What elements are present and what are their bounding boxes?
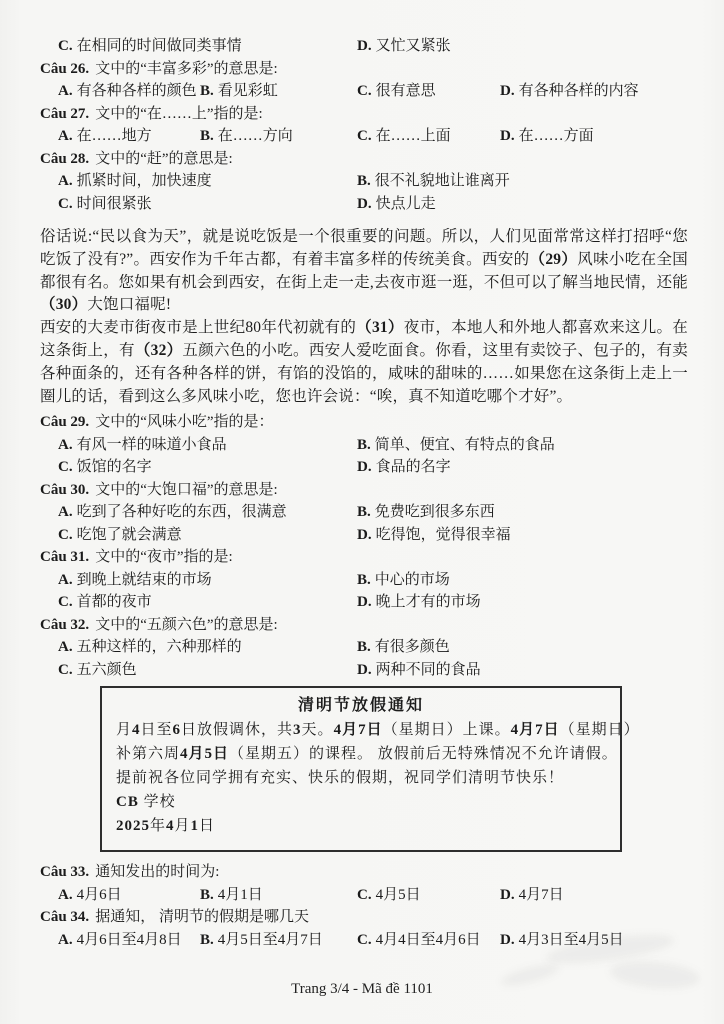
option-letter: C. [58, 662, 73, 678]
option-A: A.4月6日至4月8日 [58, 928, 182, 949]
option-text: 有风一样的味道小食品 [77, 437, 227, 453]
option-text: 4月5日至4月7日 [218, 932, 323, 948]
option-letter: C. [357, 128, 372, 144]
text-segment: 月 [175, 818, 191, 834]
option-letter: A. [58, 437, 73, 453]
text-segment: （星期日）上课。 [383, 722, 511, 738]
option-text: 吃饱了就会满意 [77, 527, 182, 543]
option-letter: B. [200, 128, 214, 144]
options-row: A.抓紧时间，加快速度B.很不礼貌地让谁离开 [40, 169, 688, 192]
option-A: A.五种这样的，六种那样的 [58, 635, 242, 656]
question-heading: Câu 29.文中的“风味小吃”指的是： [40, 410, 688, 433]
text-segment: 提前祝各位同学拥有充实、快乐的假期，祝同学们清明节快乐！ [116, 770, 564, 786]
option-C: C.五六颜色 [58, 658, 137, 679]
option-D: D.晚上才有的市场 [357, 590, 481, 611]
option-D: D.4月7日 [500, 883, 564, 904]
question-text: 文中的“在……上”指的是: [95, 106, 262, 122]
notice-line: 提前祝各位同学拥有充实、快乐的假期，祝同学们清明节快乐！ [116, 766, 606, 790]
question-number: Câu 29. [40, 414, 89, 430]
option-letter: D. [357, 594, 372, 610]
option-letter: B. [200, 932, 214, 948]
blank-number: 4月5日 [180, 746, 229, 762]
option-text: 又忙又紧张 [376, 38, 451, 54]
question-heading: Câu 28.文中的“赶”的意思是: [40, 147, 688, 170]
question-number: Câu 32. [40, 617, 89, 633]
option-text: 快点儿走 [376, 196, 436, 212]
option-letter: C. [58, 594, 73, 610]
exam-content: C.在相同的时间做同类事情D.又忙又紧张Câu 26.文中的“丰富多彩”的意思是… [40, 34, 688, 950]
question-number: Câu 31. [40, 549, 89, 565]
option-text: 在……上面 [376, 128, 451, 144]
option-text: 吃得饱，觉得很幸福 [376, 527, 511, 543]
option-text: 在……方向 [218, 128, 293, 144]
text-segment: 大饱口福呢! [87, 296, 171, 313]
blank-number: （32） [135, 342, 183, 359]
option-text: 在……地方 [77, 128, 152, 144]
question-heading: Câu 30.文中的“大饱口福”的意思是: [40, 478, 688, 501]
option-text: 简单、便宜、有特点的食品 [375, 437, 555, 453]
option-text: 4月7日 [519, 887, 564, 903]
option-letter: A. [58, 83, 73, 99]
option-text: 到晚上就结束的市场 [77, 572, 212, 588]
option-text: 4月6日至4月8日 [77, 932, 182, 948]
option-letter: B. [357, 173, 371, 189]
option-B: B.在……方向 [200, 124, 293, 145]
option-letter: B. [357, 437, 371, 453]
question-text: 文中的“大饱口福”的意思是: [95, 482, 277, 498]
question-number: Câu 26. [40, 61, 89, 77]
option-B: B.简单、便宜、有特点的食品 [357, 433, 555, 454]
question-text: 文中的“赶”的意思是: [95, 151, 232, 167]
option-letter: D. [500, 128, 515, 144]
option-letter: D. [357, 196, 372, 212]
question-text: 据通知， 清明节的假期是哪几天 [95, 909, 309, 925]
option-B: B.有很多颜色 [357, 635, 450, 656]
options-row: C.吃饱了就会满意D.吃得饱，觉得很幸福 [40, 523, 688, 546]
option-C: C.首都的夜市 [58, 590, 152, 611]
option-D: D.又忙又紧张 [357, 34, 451, 55]
option-D: D.食品的名字 [357, 455, 451, 476]
option-text: 饭馆的名字 [77, 459, 152, 475]
option-letter: A. [58, 128, 73, 144]
option-letter: B. [200, 83, 214, 99]
option-letter: A. [58, 572, 73, 588]
option-text: 有很多颜色 [375, 639, 450, 655]
option-letter: D. [500, 83, 515, 99]
option-letter: D. [357, 459, 372, 475]
question-number: Câu 34. [40, 909, 89, 925]
option-B: B.免费吃到很多东西 [357, 500, 495, 521]
options-row: A.有风一样的味道小食品B.简单、便宜、有特点的食品 [40, 433, 688, 456]
blank-number: 6 [173, 722, 182, 738]
option-D: D.快点儿走 [357, 192, 436, 213]
text-segment: 日放假调休，共 [181, 722, 293, 738]
text-segment: 天。 [302, 722, 334, 738]
option-text: 4月6日 [77, 887, 122, 903]
text-segment: 补第六周 [116, 746, 180, 762]
blank-number: 3 [293, 722, 302, 738]
option-letter: A. [58, 887, 73, 903]
option-letter: C. [357, 887, 372, 903]
options-row: A.吃到了各种好吃的东西，很满意B.免费吃到很多东西 [40, 500, 688, 523]
notice-line: 2025年4月1日 [116, 814, 606, 838]
option-text: 两种不同的食品 [376, 662, 481, 678]
option-letter: D. [357, 38, 372, 54]
option-C: C.4月5日 [357, 883, 421, 904]
option-text: 五六颜色 [77, 662, 137, 678]
option-C: C.4月4日至4月6日 [357, 928, 481, 949]
option-letter: C. [58, 196, 73, 212]
options-row: C.饭馆的名字D.食品的名字 [40, 455, 688, 478]
option-text: 首都的夜市 [77, 594, 152, 610]
question-heading: Câu 31.文中的“夜市”指的是: [40, 545, 688, 568]
option-D: D.有各种各样的内容 [500, 79, 639, 100]
option-D: D.吃得饱，觉得很幸福 [357, 523, 511, 544]
option-A: A.到晚上就结束的市场 [58, 568, 212, 589]
options-row: C.在相同的时间做同类事情D.又忙又紧张 [40, 34, 688, 57]
question-text: 文中的“丰富多彩”的意思是: [95, 61, 277, 77]
option-text: 在……方面 [519, 128, 594, 144]
question-number: Câu 30. [40, 482, 89, 498]
question-heading: Câu 26.文中的“丰富多彩”的意思是: [40, 57, 688, 80]
option-letter: A. [58, 504, 73, 520]
text-segment: 学校 [139, 794, 176, 810]
text-segment: 日至 [141, 722, 173, 738]
option-text: 在相同的时间做同类事情 [77, 38, 242, 54]
option-letter: C. [357, 932, 372, 948]
option-D: D.在……方面 [500, 124, 594, 145]
question-number: Câu 33. [40, 864, 89, 880]
option-text: 4月4日至4月6日 [376, 932, 481, 948]
notice-line: 月4日至6日放假调休，共3天。4月7日（星期日）上课。4月7日（星期日） [116, 718, 606, 742]
passage-paragraph: 西安的大麦市街夜市是上世纪80年代初就有的（31）夜市，本地人和外地人都喜欢来这… [40, 317, 688, 408]
option-C: C.在相同的时间做同类事情 [58, 34, 242, 55]
blank-number: （30） [40, 296, 87, 313]
blank-number: 4月7日 [511, 722, 560, 738]
option-letter: A. [58, 932, 73, 948]
blank-number: 1 [191, 818, 200, 834]
option-letter: B. [357, 504, 371, 520]
options-row: A.在……地方B.在……方向C.在……上面D.在……方面 [40, 124, 688, 147]
blank-number: 2025 [116, 818, 150, 834]
question-number: Câu 28. [40, 151, 89, 167]
options-row: A.到晚上就结束的市场B.中心的市场 [40, 568, 688, 591]
text-segment: （星期日） [560, 722, 640, 738]
option-text: 很有意思 [376, 83, 436, 99]
option-text: 免费吃到很多东西 [375, 504, 495, 520]
option-text: 有各种各样的内容 [519, 83, 639, 99]
option-text: 吃到了各种好吃的东西，很满意 [77, 504, 287, 520]
option-B: B.4月5日至4月7日 [200, 928, 323, 949]
options-row: C.五六颜色D.两种不同的食品 [40, 658, 688, 681]
option-C: C.时间很紧张 [58, 192, 152, 213]
option-text: 五种这样的，六种那样的 [77, 639, 242, 655]
option-text: 时间很紧张 [77, 196, 152, 212]
option-letter: C. [58, 527, 73, 543]
option-letter: D. [357, 662, 372, 678]
option-letter: D. [500, 932, 515, 948]
option-B: B.4月1日 [200, 883, 263, 904]
question-number: Câu 27. [40, 106, 89, 122]
option-A: A.有各种各样的颜色 [58, 79, 197, 100]
option-text: 晚上才有的市场 [376, 594, 481, 610]
page-footer: Trang 3/4 - Mã đề 1101 [0, 981, 724, 998]
option-B: B.中心的市场 [357, 568, 450, 589]
text-segment: 日 [199, 818, 215, 834]
question-heading: Câu 27.文中的“在……上”指的是: [40, 102, 688, 125]
option-C: C.很有意思 [357, 79, 436, 100]
text-segment: 月 [116, 722, 132, 738]
text-segment: 年 [150, 818, 166, 834]
option-letter: B. [357, 572, 371, 588]
options-row: A.五种这样的，六种那样的B.有很多颜色 [40, 635, 688, 658]
option-B: B.很不礼貌地让谁离开 [357, 169, 510, 190]
option-letter: C. [357, 83, 372, 99]
option-text: 中心的市场 [375, 572, 450, 588]
option-letter: B. [357, 639, 371, 655]
notice-line: CB 学校 [116, 790, 606, 814]
option-letter: A. [58, 173, 73, 189]
reading-passage: 俗话说:“民以食为天”，就是说吃饭是一个很重要的问题。所以，人们见面常常这样打招… [40, 226, 688, 408]
option-C: C.在……上面 [357, 124, 451, 145]
option-letter: D. [357, 527, 372, 543]
blank-number: CB [116, 794, 139, 810]
option-text: 4月5日 [376, 887, 421, 903]
blank-number: （29） [530, 251, 578, 268]
option-text: 抓紧时间，加快速度 [77, 173, 212, 189]
question-text: 文中的“风味小吃”指的是： [95, 414, 273, 430]
passage-paragraph: 俗话说:“民以食为天”，就是说吃饭是一个很重要的问题。所以，人们见面常常这样打招… [40, 226, 688, 317]
blank-number: 4 [166, 818, 175, 834]
option-A: A.有风一样的味道小食品 [58, 433, 227, 454]
option-A: A.4月6日 [58, 883, 122, 904]
option-letter: B. [200, 887, 214, 903]
option-text: 很不礼貌地让谁离开 [375, 173, 510, 189]
question-text: 文中的“夜市”指的是: [95, 549, 232, 565]
notice-box: 清明节放假通知月4日至6日放假调休，共3天。4月7日（星期日）上课。4月7日（星… [100, 686, 622, 852]
blank-number: （31） [356, 319, 404, 336]
option-text: 4月1日 [218, 887, 263, 903]
text-segment: 西安的大麦市街夜市是上世纪80年代初就有的 [40, 319, 356, 336]
option-C: C.饭馆的名字 [58, 455, 152, 476]
option-letter: D. [500, 887, 515, 903]
question-text: 通知发出的时间为: [95, 864, 219, 880]
options-row: A.4月6日B.4月1日C.4月5日D.4月7日 [40, 883, 688, 906]
notice-line: 补第六周4月5日（星期五）的课程。 放假前后无特殊情况不允许请假。 [116, 742, 606, 766]
option-A: A.抓紧时间，加快速度 [58, 169, 212, 190]
options-row: C.首都的夜市D.晚上才有的市场 [40, 590, 688, 613]
option-text: 有各种各样的颜色 [77, 83, 197, 99]
notice-title: 清明节放假通知 [116, 694, 606, 718]
option-text: 看见彩虹 [218, 83, 278, 99]
scanned-exam-page: C.在相同的时间做同类事情D.又忙又紧张Câu 26.文中的“丰富多彩”的意思是… [0, 0, 724, 1024]
option-B: B.看见彩虹 [200, 79, 278, 100]
option-C: C.吃饱了就会满意 [58, 523, 182, 544]
option-A: A.吃到了各种好吃的东西，很满意 [58, 500, 287, 521]
text-segment: （星期五）的课程。 放假前后无特殊情况不允许请假。 [229, 746, 618, 762]
question-heading: Câu 34.据通知， 清明节的假期是哪几天 [40, 905, 688, 928]
question-heading: Câu 32.文中的“五颜六色”的意思是: [40, 613, 688, 636]
options-row: A.有各种各样的颜色B.看见彩虹C.很有意思D.有各种各样的内容 [40, 79, 688, 102]
blank-number: 4月7日 [334, 722, 383, 738]
options-row: C.时间很紧张D.快点儿走 [40, 192, 688, 215]
option-letter: C. [58, 459, 73, 475]
question-text: 文中的“五颜六色”的意思是: [95, 617, 277, 633]
option-letter: A. [58, 639, 73, 655]
option-text: 食品的名字 [376, 459, 451, 475]
question-heading: Câu 33.通知发出的时间为: [40, 860, 688, 883]
blank-number: 4 [132, 722, 141, 738]
option-D: D.两种不同的食品 [357, 658, 481, 679]
option-A: A.在……地方 [58, 124, 152, 145]
option-letter: C. [58, 38, 73, 54]
